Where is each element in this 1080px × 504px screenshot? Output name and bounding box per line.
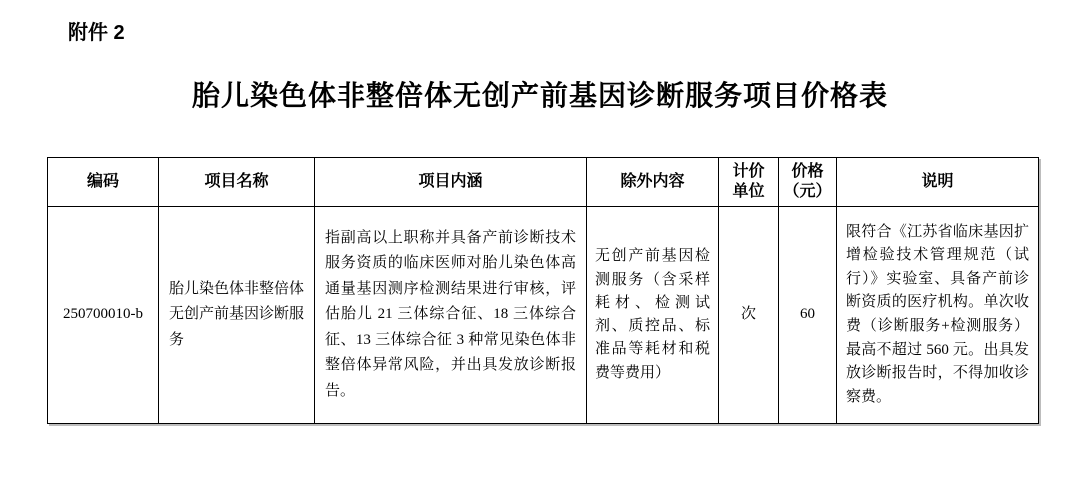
cell-excluded: 无创产前基因检测服务（含采样耗材、检测试剂、质控品、标准品等耗材和税费等费用）	[587, 207, 719, 424]
cell-content: 指副高以上职称并具备产前诊断技术服务资质的临床医师对胎儿染色体高通量基因测序检测…	[315, 207, 587, 424]
col-header-content: 项目内涵	[315, 158, 587, 207]
cell-code: 250700010-b	[48, 207, 159, 424]
col-header-code: 编码	[48, 158, 159, 207]
col-header-unit: 计价 单位	[719, 158, 779, 207]
cell-name: 胎儿染色体非整倍体无创产前基因诊断服务	[159, 207, 315, 424]
price-table: 编码 项目名称 项目内涵 除外内容 计价 单位 价格 （元） 说明 250700…	[47, 157, 1039, 424]
col-header-note: 说明	[837, 158, 1039, 207]
col-header-excluded: 除外内容	[587, 158, 719, 207]
cell-price: 60	[779, 207, 837, 424]
cell-note: 限符合《江苏省临床基因扩增检验技术管理规范（试行）》实验室、具备产前诊断资质的医…	[837, 207, 1039, 424]
attachment-label: 附件 2	[68, 16, 125, 45]
cell-unit: 次	[719, 207, 779, 424]
table-row: 250700010-b 胎儿染色体非整倍体无创产前基因诊断服务 指副高以上职称并…	[48, 207, 1039, 424]
table-header-row: 编码 项目名称 项目内涵 除外内容 计价 单位 价格 （元） 说明	[48, 158, 1039, 207]
col-header-name: 项目名称	[159, 158, 315, 207]
col-header-price: 价格 （元）	[779, 158, 837, 207]
page-title: 胎儿染色体非整倍体无创产前基因诊断服务项目价格表	[0, 74, 1080, 114]
document-page: 附件 2 胎儿染色体非整倍体无创产前基因诊断服务项目价格表 编码 项目名称 项目…	[0, 0, 1080, 504]
